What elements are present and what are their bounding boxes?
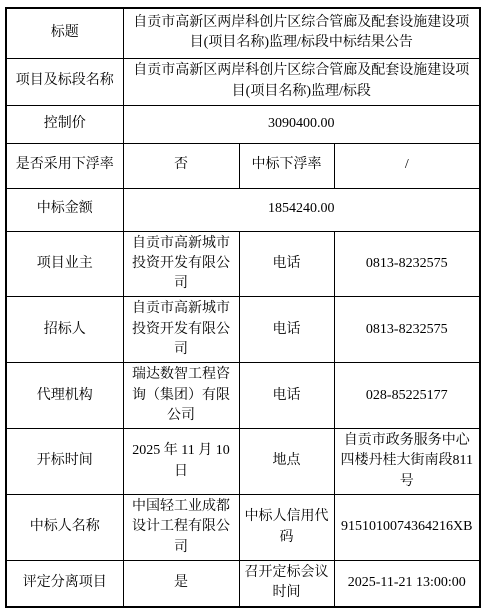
row-label: 电话 [239, 231, 334, 297]
row-value: 9151010074364216XB [334, 495, 480, 561]
row-value: 1854240.00 [123, 188, 480, 231]
row-value: 2025-11-21 13:00:00 [334, 560, 480, 606]
row-value: 是 [123, 560, 239, 606]
row-label: 中标人信用代码 [239, 495, 334, 561]
row-value: 自贡市政务服务中心四楼丹桂大街南段811 号 [334, 429, 480, 495]
row-value: 2025 年 11 月 10 日 [123, 429, 239, 495]
row-value: 瑞达数智工程咨询（集团）有限公司 [123, 363, 239, 429]
table-row-agency: 代理机构 瑞达数智工程咨询（集团）有限公司 电话 028-85225177 [6, 363, 480, 429]
table-row-project-owner: 项目业主 自贡市高新城市投资开发有限公司 电话 0813-8232575 [6, 231, 480, 297]
row-label: 中标金额 [6, 188, 123, 231]
row-label: 招标人 [6, 297, 123, 363]
row-value: 自贡市高新城市投资开发有限公司 [123, 297, 239, 363]
bid-result-table: 标题 自贡市高新区两岸科创片区综合管廊及配套设施建设项目(项目名称)监理/标段中… [5, 7, 481, 608]
row-label: 控制价 [6, 105, 123, 143]
row-value: 0813-8232575 [334, 297, 480, 363]
row-label: 代理机构 [6, 363, 123, 429]
table-row-tenderer: 招标人 自贡市高新城市投资开发有限公司 电话 0813-8232575 [6, 297, 480, 363]
row-value: 028-85225177 [334, 363, 480, 429]
row-value: 自贡市高新区两岸科创片区综合管廊及配套设施建设项目(项目名称)监理/标段中标结果… [123, 8, 480, 58]
row-value: / [334, 143, 480, 188]
row-value: 否 [123, 143, 239, 188]
table-row-title: 标题 自贡市高新区两岸科创片区综合管廊及配套设施建设项目(项目名称)监理/标段中… [6, 8, 480, 58]
row-label: 地点 [239, 429, 334, 495]
row-label: 中标人名称 [6, 495, 123, 561]
row-label: 项目及标段名称 [6, 58, 123, 105]
table-row-evaluation-separation: 评定分离项目 是 召开定标会议时间 2025-11-21 13:00:00 [6, 560, 480, 606]
table-row-discount-rate: 是否采用下浮率 否 中标下浮率 / [6, 143, 480, 188]
row-label: 评定分离项目 [6, 560, 123, 606]
row-value: 自贡市高新区两岸科创片区综合管廊及配套设施建设项目(项目名称)监理/标段 [123, 58, 480, 105]
row-label: 是否采用下浮率 [6, 143, 123, 188]
row-label: 中标下浮率 [239, 143, 334, 188]
row-label: 开标时间 [6, 429, 123, 495]
table-row-project-name: 项目及标段名称 自贡市高新区两岸科创片区综合管廊及配套设施建设项目(项目名称)监… [6, 58, 480, 105]
row-label: 标题 [6, 8, 123, 58]
table-row-bid-amount: 中标金额 1854240.00 [6, 188, 480, 231]
row-label: 项目业主 [6, 231, 123, 297]
row-label: 电话 [239, 297, 334, 363]
row-value: 3090400.00 [123, 105, 480, 143]
table-row-control-price: 控制价 3090400.00 [6, 105, 480, 143]
table-row-winner: 中标人名称 中国轻工业成都设计工程有限公司 中标人信用代码 9151010074… [6, 495, 480, 561]
table-row-opening-time: 开标时间 2025 年 11 月 10 日 地点 自贡市政务服务中心四楼丹桂大街… [6, 429, 480, 495]
row-label: 电话 [239, 363, 334, 429]
row-value: 中国轻工业成都设计工程有限公司 [123, 495, 239, 561]
row-value: 0813-8232575 [334, 231, 480, 297]
row-value: 自贡市高新城市投资开发有限公司 [123, 231, 239, 297]
row-label: 召开定标会议时间 [239, 560, 334, 606]
